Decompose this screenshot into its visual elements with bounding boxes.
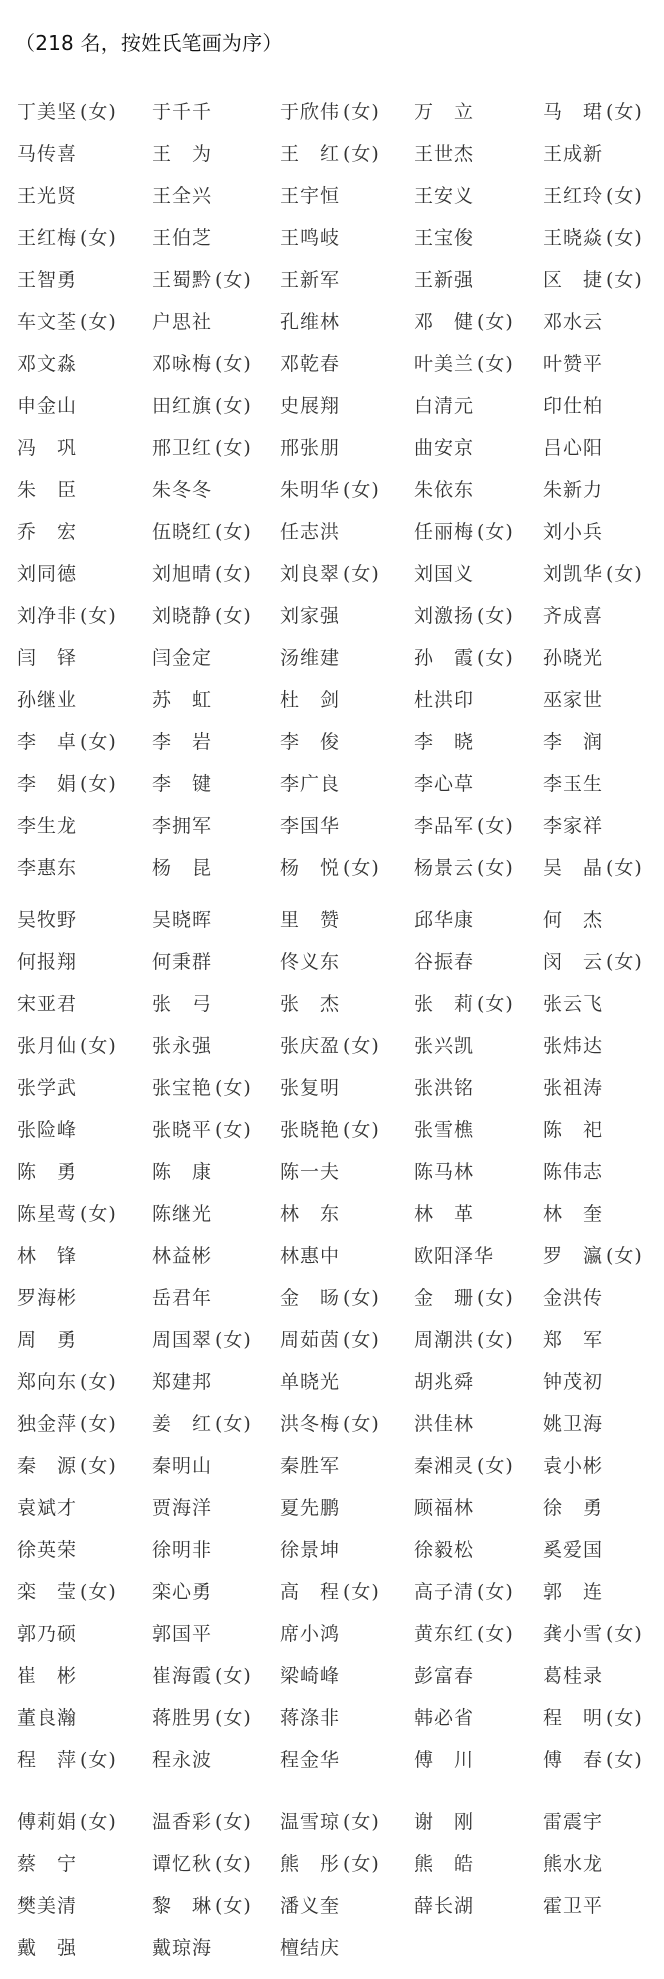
member-entry: 葛桂录: [543, 1655, 603, 1697]
member-entry: 徐明非: [152, 1529, 212, 1571]
member-entry: 张晓艳(女): [280, 1109, 380, 1151]
member-entry: 刘家强: [280, 595, 340, 637]
member-name: 王光贤: [17, 185, 77, 207]
name-group: 傅莉娟(女)温香彩(女)温雪琼(女)谢 刚雷震宇蔡 宁谭忆秋(女)熊 彤(女)熊…: [0, 1801, 664, 1969]
member-name: 黎 琳: [152, 1895, 212, 1917]
member-entry: 陈 祀: [543, 1109, 603, 1151]
name-row: 戴 强戴琼海檀结庆: [0, 1927, 664, 1969]
member-name: 张炜达: [543, 1035, 603, 1057]
member-entry: 洪冬梅(女): [280, 1403, 380, 1445]
member-name: 董良瀚: [17, 1707, 77, 1729]
member-entry: 徐毅松: [414, 1529, 474, 1571]
name-row: 罗海彬岳君年金 旸(女)金 珊(女)金洪传: [0, 1277, 664, 1319]
member-entry: 张月仙(女): [17, 1025, 117, 1067]
member-entry: 陈马林: [414, 1151, 474, 1193]
female-marker: (女): [606, 1245, 643, 1267]
member-name: 杨 昆: [152, 857, 212, 879]
member-name: 刘家强: [280, 605, 340, 627]
member-entry: 张洪铭: [414, 1067, 474, 1109]
member-name: 张晓艳: [280, 1119, 340, 1141]
member-entry: 李 娟(女): [17, 763, 117, 805]
member-entry: 叶赞平: [543, 343, 603, 385]
member-name: 陈一夫: [280, 1161, 340, 1183]
member-entry: 温香彩(女): [152, 1801, 252, 1843]
member-entry: 何报翔: [17, 941, 77, 983]
female-marker: (女): [215, 1329, 252, 1351]
member-name: 王世杰: [414, 143, 474, 165]
member-name: 林 革: [414, 1203, 474, 1225]
member-name: 苏 虹: [152, 689, 212, 711]
member-entry: 郑 军: [543, 1319, 603, 1361]
member-entry: 李家祥: [543, 805, 603, 847]
name-row: 闫 铎闫金定汤维建孙 霞(女)孙晓光: [0, 637, 664, 679]
member-name: 林 东: [280, 1203, 340, 1225]
member-name: 刘同德: [17, 563, 77, 585]
member-entry: 孙 霞(女): [414, 637, 514, 679]
member-name: 张月仙: [17, 1035, 77, 1057]
member-entry: 朱新力: [543, 469, 603, 511]
member-entry: 奚爱国: [543, 1529, 603, 1571]
member-name: 申金山: [17, 395, 77, 417]
member-name: 徐毅松: [414, 1539, 474, 1561]
member-entry: 邓 健(女): [414, 301, 514, 343]
member-name: 刘良翠: [280, 563, 340, 585]
name-row: 刘净非(女)刘晓静(女)刘家强刘激扬(女)齐成喜: [0, 595, 664, 637]
member-name: 孙 霞: [414, 647, 474, 669]
member-name: 孙继业: [17, 689, 77, 711]
member-name: 张晓平: [152, 1119, 212, 1141]
female-marker: (女): [80, 1811, 117, 1833]
female-marker: (女): [215, 605, 252, 627]
name-row: 李生龙李拥军李国华李品军(女)李家祥: [0, 805, 664, 847]
member-name: 叶美兰: [414, 353, 474, 375]
member-name: 区 捷: [543, 269, 603, 291]
member-name: 户思社: [152, 311, 212, 333]
member-name: 刘凯华: [543, 563, 603, 585]
member-entry: 乔 宏: [17, 511, 77, 553]
member-name: 程 萍: [17, 1749, 77, 1771]
member-entry: 张学武: [17, 1067, 77, 1109]
member-name: 朱 臣: [17, 479, 77, 501]
member-entry: 申金山: [17, 385, 77, 427]
member-entry: 姜 红(女): [152, 1403, 252, 1445]
member-name: 刘净非: [17, 605, 77, 627]
female-marker: (女): [80, 731, 117, 753]
name-row: 李 卓(女)李 岩李 俊李 晓李 润: [0, 721, 664, 763]
member-name: 车文荃: [17, 311, 77, 333]
member-entry: 程 萍(女): [17, 1739, 117, 1781]
member-entry: 袁斌才: [17, 1487, 77, 1529]
member-name: 秦 源: [17, 1455, 77, 1477]
member-entry: 秦湘灵(女): [414, 1445, 514, 1487]
member-name: 夏先鹏: [280, 1497, 340, 1519]
member-name: 张云飞: [543, 993, 603, 1015]
member-entry: 陈一夫: [280, 1151, 340, 1193]
member-name: 闫 铎: [17, 647, 77, 669]
member-entry: 王光贤: [17, 175, 77, 217]
female-marker: (女): [215, 1665, 252, 1687]
member-entry: 程永波: [152, 1739, 212, 1781]
member-name: 谭忆秋: [152, 1853, 212, 1875]
member-entry: 于千千: [152, 91, 212, 133]
member-entry: 朱冬冬: [152, 469, 212, 511]
member-name: 熊 皓: [414, 1853, 474, 1875]
female-marker: (女): [343, 1035, 380, 1057]
member-name: 王鸣岐: [280, 227, 340, 249]
female-marker: (女): [343, 1811, 380, 1833]
member-name: 傅莉娟: [17, 1811, 77, 1833]
female-marker: (女): [215, 563, 252, 585]
member-entry: 郭乃硕: [17, 1613, 77, 1655]
member-name: 李 卓: [17, 731, 77, 753]
member-name: 吕心阳: [543, 437, 603, 459]
member-entry: 傅 川: [414, 1739, 474, 1781]
name-row: 刘同德刘旭晴(女)刘良翠(女)刘国义刘凯华(女): [0, 553, 664, 595]
member-name: 陈 祀: [543, 1119, 603, 1141]
name-row: 樊美清黎 琳(女)潘义奎薛长湖霍卫平: [0, 1885, 664, 1927]
member-entry: 郭国平: [152, 1613, 212, 1655]
member-name: 张复明: [280, 1077, 340, 1099]
member-entry: 曲安京: [414, 427, 474, 469]
member-name: 姜 红: [152, 1413, 212, 1435]
female-marker: (女): [477, 1287, 514, 1309]
member-name: 邓咏梅: [152, 353, 212, 375]
name-row: 董良瀚蒋胜男(女)蒋涤非韩必省程 明(女): [0, 1697, 664, 1739]
member-entry: 岳君年: [152, 1277, 212, 1319]
member-name: 霍卫平: [543, 1895, 603, 1917]
member-entry: 高子清(女): [414, 1571, 514, 1613]
member-name: 吴晓晖: [152, 909, 212, 931]
member-name: 林 奎: [543, 1203, 603, 1225]
member-entry: 任丽梅(女): [414, 511, 514, 553]
member-name: 朱新力: [543, 479, 603, 501]
member-name: 郭 连: [543, 1581, 603, 1603]
member-name: 栾 莹: [17, 1581, 77, 1603]
member-name: 李拥军: [152, 815, 212, 837]
member-name: 胡兆舜: [414, 1371, 474, 1393]
member-name: 王全兴: [152, 185, 212, 207]
member-entry: 王宝俊: [414, 217, 474, 259]
member-name: 何秉群: [152, 951, 212, 973]
member-name: 郑建邦: [152, 1371, 212, 1393]
member-name: 周 勇: [17, 1329, 77, 1351]
member-entry: 齐成喜: [543, 595, 603, 637]
member-name: 任丽梅: [414, 521, 474, 543]
member-entry: 闫金定: [152, 637, 212, 679]
female-marker: (女): [80, 311, 117, 333]
member-name: 王新军: [280, 269, 340, 291]
member-name: 王宝俊: [414, 227, 474, 249]
female-marker: (女): [215, 269, 252, 291]
female-marker: (女): [343, 857, 380, 879]
member-name: 徐景坤: [280, 1539, 340, 1561]
member-entry: 王晓焱(女): [543, 217, 643, 259]
member-name: 刘晓静: [152, 605, 212, 627]
female-marker: (女): [80, 101, 117, 123]
female-marker: (女): [80, 605, 117, 627]
member-entry: 李 俊: [280, 721, 340, 763]
member-entry: 胡兆舜: [414, 1361, 474, 1403]
member-entry: 郭 连: [543, 1571, 603, 1613]
member-entry: 傅 春(女): [543, 1739, 643, 1781]
member-entry: 朱明华(女): [280, 469, 380, 511]
member-entry: 栾心勇: [152, 1571, 212, 1613]
member-name: 徐 勇: [543, 1497, 603, 1519]
member-name: 袁小彬: [543, 1455, 603, 1477]
member-entry: 陈继光: [152, 1193, 212, 1235]
member-name: 李国华: [280, 815, 340, 837]
member-name: 韩必省: [414, 1707, 474, 1729]
member-name: 李 岩: [152, 731, 212, 753]
member-entry: 郑建邦: [152, 1361, 212, 1403]
name-row: 张月仙(女)张永强张庆盈(女)张兴凯张炜达: [0, 1025, 664, 1067]
member-name: 陈继光: [152, 1203, 212, 1225]
member-name: 李 晓: [414, 731, 474, 753]
member-entry: 刘凯华(女): [543, 553, 643, 595]
female-marker: (女): [215, 353, 252, 375]
member-entry: 李广良: [280, 763, 340, 805]
member-name: 陈 康: [152, 1161, 212, 1183]
member-entry: 王蜀黔(女): [152, 259, 252, 301]
member-name: 温香彩: [152, 1811, 212, 1833]
member-name: 佟义东: [280, 951, 340, 973]
member-name: 何 杰: [543, 909, 603, 931]
member-name: 何报翔: [17, 951, 77, 973]
female-marker: (女): [606, 1623, 643, 1645]
member-name: 伍晓红: [152, 521, 212, 543]
member-name: 王宇恒: [280, 185, 340, 207]
member-entry: 陈星莺(女): [17, 1193, 117, 1235]
member-entry: 王全兴: [152, 175, 212, 217]
female-marker: (女): [477, 353, 514, 375]
member-name: 蒋胜男: [152, 1707, 212, 1729]
member-entry: 李国华: [280, 805, 340, 847]
member-entry: 王新军: [280, 259, 340, 301]
member-name: 李广良: [280, 773, 340, 795]
member-name: 蒋涤非: [280, 1707, 340, 1729]
member-name: 陈伟志: [543, 1161, 603, 1183]
member-name: 陈马林: [414, 1161, 474, 1183]
member-name: 樊美清: [17, 1895, 77, 1917]
member-name: 李惠东: [17, 857, 77, 879]
member-name: 史展翔: [280, 395, 340, 417]
member-name: 吴牧野: [17, 909, 77, 931]
member-name: 袁斌才: [17, 1497, 77, 1519]
member-name: 李玉生: [543, 773, 603, 795]
member-name: 林惠中: [280, 1245, 340, 1267]
member-name: 闫金定: [152, 647, 212, 669]
member-name: 周茹茵: [280, 1329, 340, 1351]
member-entry: 洪佳林: [414, 1403, 474, 1445]
member-entry: 陈伟志: [543, 1151, 603, 1193]
member-name: 杜洪印: [414, 689, 474, 711]
member-name: 薛长湖: [414, 1895, 474, 1917]
member-entry: 熊 彤(女): [280, 1843, 380, 1885]
member-name: 朱依东: [414, 479, 474, 501]
member-entry: 李拥军: [152, 805, 212, 847]
member-entry: 崔海霞(女): [152, 1655, 252, 1697]
member-name: 李 键: [152, 773, 212, 795]
member-name: 杨 悦: [280, 857, 340, 879]
name-row: 秦 源(女)秦明山秦胜军秦湘灵(女)袁小彬: [0, 1445, 664, 1487]
member-name: 姚卫海: [543, 1413, 603, 1435]
member-entry: 蒋涤非: [280, 1697, 340, 1739]
member-name: 罗 瀛: [543, 1245, 603, 1267]
female-marker: (女): [80, 773, 117, 795]
member-entry: 王新强: [414, 259, 474, 301]
member-name: 王安义: [414, 185, 474, 207]
female-marker: (女): [606, 185, 643, 207]
member-name: 邢卫红: [152, 437, 212, 459]
member-entry: 杜洪印: [414, 679, 474, 721]
name-row: 周 勇周国翠(女)周茹茵(女)周潮洪(女)郑 军: [0, 1319, 664, 1361]
member-entry: 戴 强: [17, 1927, 77, 1969]
name-row: 马传喜王 为王 红(女)王世杰王成新: [0, 133, 664, 175]
member-name: 张兴凯: [414, 1035, 474, 1057]
female-marker: (女): [343, 1329, 380, 1351]
member-name: 孙晓光: [543, 647, 603, 669]
female-marker: (女): [80, 227, 117, 249]
member-entry: 吕心阳: [543, 427, 603, 469]
member-name: 金 旸: [280, 1287, 340, 1309]
member-entry: 周 勇: [17, 1319, 77, 1361]
member-entry: 张 弓: [152, 983, 212, 1025]
member-name: 戴 强: [17, 1937, 77, 1959]
member-entry: 秦胜军: [280, 1445, 340, 1487]
member-name: 崔 彬: [17, 1665, 77, 1687]
member-name: 谷振春: [414, 951, 474, 973]
member-entry: 陈 康: [152, 1151, 212, 1193]
member-name: 王晓焱: [543, 227, 603, 249]
member-entry: 谢 刚: [414, 1801, 474, 1843]
female-marker: (女): [477, 311, 514, 333]
member-name: 欧阳泽华: [414, 1245, 494, 1267]
member-entry: 王红玲(女): [543, 175, 643, 217]
member-name: 陈星莺: [17, 1203, 77, 1225]
member-entry: 林 革: [414, 1193, 474, 1235]
member-name: 万 立: [414, 101, 474, 123]
member-name: 高 程: [280, 1581, 340, 1603]
member-entry: 冯 巩: [17, 427, 77, 469]
member-entry: 董良瀚: [17, 1697, 77, 1739]
female-marker: (女): [477, 1623, 514, 1645]
member-name: 冯 巩: [17, 437, 77, 459]
female-marker: (女): [215, 395, 252, 417]
member-name: 刘国义: [414, 563, 474, 585]
member-name: 张险峰: [17, 1119, 77, 1141]
female-marker: (女): [80, 1581, 117, 1603]
member-entry: 樊美清: [17, 1885, 77, 1927]
female-marker: (女): [477, 605, 514, 627]
female-marker: (女): [477, 815, 514, 837]
member-entry: 张炜达: [543, 1025, 603, 1067]
member-name: 雷震宇: [543, 1811, 603, 1833]
member-entry: 张云飞: [543, 983, 603, 1025]
member-entry: 吴晓晖: [152, 899, 212, 941]
female-marker: (女): [477, 1581, 514, 1603]
member-name: 周潮洪: [414, 1329, 474, 1351]
member-entry: 李 润: [543, 721, 603, 763]
female-marker: (女): [215, 1119, 252, 1141]
member-name: 程金华: [280, 1749, 340, 1771]
member-name: 熊 彤: [280, 1853, 340, 1875]
list-title: （218 名，按姓氏笔画为序）: [15, 30, 283, 56]
member-name: 汤维建: [280, 647, 340, 669]
member-entry: 佟义东: [280, 941, 340, 983]
member-name: 邓乾春: [280, 353, 340, 375]
female-marker: (女): [606, 269, 643, 291]
name-row: 车文荃(女)户思社孔维林邓 健(女)邓水云: [0, 301, 664, 343]
member-entry: 王安义: [414, 175, 474, 217]
name-row: 程 萍(女)程永波程金华傅 川傅 春(女): [0, 1739, 664, 1781]
member-entry: 蒋胜男(女): [152, 1697, 252, 1739]
member-entry: 邓乾春: [280, 343, 340, 385]
member-entry: 刘同德: [17, 553, 77, 595]
member-entry: 印仕柏: [543, 385, 603, 427]
member-entry: 檀结庆: [280, 1927, 340, 1969]
member-name: 王伯芝: [152, 227, 212, 249]
female-marker: (女): [606, 1749, 643, 1771]
name-row: 宋亚君张 弓张 杰张 莉(女)张云飞: [0, 983, 664, 1025]
member-entry: 徐 勇: [543, 1487, 603, 1529]
member-entry: 陈 勇: [17, 1151, 77, 1193]
name-row: 林 锋林益彬林惠中欧阳泽华罗 瀛(女): [0, 1235, 664, 1277]
member-entry: 邓咏梅(女): [152, 343, 252, 385]
member-name: 洪冬梅: [280, 1413, 340, 1435]
member-name: 于千千: [152, 101, 212, 123]
member-entry: 彭富春: [414, 1655, 474, 1697]
member-entry: 邓水云: [543, 301, 603, 343]
member-entry: 罗海彬: [17, 1277, 77, 1319]
member-entry: 贾海洋: [152, 1487, 212, 1529]
female-marker: (女): [477, 647, 514, 669]
member-name: 郭乃硕: [17, 1623, 77, 1645]
female-marker: (女): [215, 1853, 252, 1875]
member-entry: 张 杰: [280, 983, 340, 1025]
member-entry: 宋亚君: [17, 983, 77, 1025]
member-name: 李品军: [414, 815, 474, 837]
member-entry: 金 旸(女): [280, 1277, 380, 1319]
member-name: 张雪樵: [414, 1119, 474, 1141]
member-name: 罗海彬: [17, 1287, 77, 1309]
name-row: 栾 莹(女)栾心勇高 程(女)高子清(女)郭 连: [0, 1571, 664, 1613]
female-marker: (女): [343, 1581, 380, 1603]
female-marker: (女): [80, 1203, 117, 1225]
member-name: 顾福林: [414, 1497, 474, 1519]
member-entry: 独金萍(女): [17, 1403, 117, 1445]
member-entry: 杨 悦(女): [280, 847, 380, 889]
female-marker: (女): [343, 101, 380, 123]
member-entry: 韩必省: [414, 1697, 474, 1739]
member-name: 邢张朋: [280, 437, 340, 459]
female-marker: (女): [343, 1119, 380, 1141]
name-row: 王红梅(女)王伯芝王鸣岐王宝俊王晓焱(女): [0, 217, 664, 259]
member-entry: 李生龙: [17, 805, 77, 847]
member-entry: 张 莉(女): [414, 983, 514, 1025]
member-name: 岳君年: [152, 1287, 212, 1309]
female-marker: (女): [477, 993, 514, 1015]
female-marker: (女): [80, 1035, 117, 1057]
member-name: 程 明: [543, 1707, 603, 1729]
member-entry: 闫 铎: [17, 637, 77, 679]
member-name: 刘小兵: [543, 521, 603, 543]
member-entry: 林惠中: [280, 1235, 340, 1277]
member-name: 洪佳林: [414, 1413, 474, 1435]
member-entry: 张雪樵: [414, 1109, 474, 1151]
member-name: 谢 刚: [414, 1811, 474, 1833]
member-entry: 闵 云(女): [543, 941, 643, 983]
member-entry: 熊 皓: [414, 1843, 474, 1885]
